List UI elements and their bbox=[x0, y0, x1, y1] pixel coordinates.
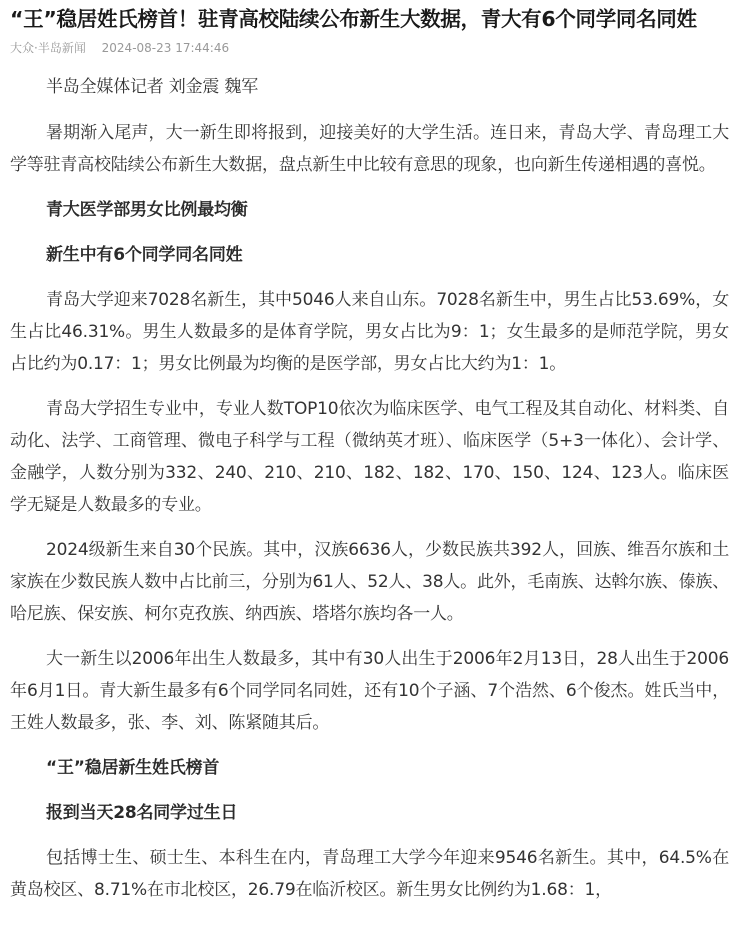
article-meta: 大众·半岛新闻 2024-08-23 17:44:46 bbox=[10, 39, 729, 57]
paragraph: 包括博士生、硕士生、本科生在内，青岛理工大学今年迎来9546名新生。其中，64.… bbox=[10, 842, 729, 906]
article: “王”稳居姓氏榜首！驻青高校陆续公布新生大数据，青大有6个同学同名同姓 大众·半… bbox=[0, 5, 739, 906]
paragraph-intro: 暑期渐入尾声，大一新生即将报到，迎接美好的大学生活。连日来，青岛大学、青岛理工大… bbox=[10, 117, 729, 181]
subheading: “王”稳居新生姓氏榜首 bbox=[10, 752, 729, 784]
paragraph: 2024级新生来自30个民族。其中，汉族6636人，少数民族共392人，回族、维… bbox=[10, 534, 729, 630]
byline: 半岛全媒体记者 刘金震 魏军 bbox=[10, 71, 729, 103]
article-title: “王”稳居姓氏榜首！驻青高校陆续公布新生大数据，青大有6个同学同名同姓 bbox=[10, 5, 729, 33]
paragraph: 大一新生以2006年出生人数最多，其中有30人出生于2006年2月13日，28人… bbox=[10, 643, 729, 739]
paragraph: 青岛大学招生专业中，专业人数TOP10依次为临床医学、电气工程及其自动化、材料类… bbox=[10, 393, 729, 521]
subheading: 青大医学部男女比例最均衡 bbox=[10, 194, 729, 226]
paragraph: 青岛大学迎来7028名新生，其中5046人来自山东。7028名新生中，男生占比5… bbox=[10, 284, 729, 380]
article-source[interactable]: 大众·半岛新闻 bbox=[10, 41, 86, 55]
article-body: 半岛全媒体记者 刘金震 魏军 暑期渐入尾声，大一新生即将报到，迎接美好的大学生活… bbox=[10, 71, 729, 906]
article-timestamp: 2024-08-23 17:44:46 bbox=[102, 41, 229, 55]
subheading: 报到当天28名同学过生日 bbox=[10, 797, 729, 829]
subheading: 新生中有6个同学同名同姓 bbox=[10, 239, 729, 271]
